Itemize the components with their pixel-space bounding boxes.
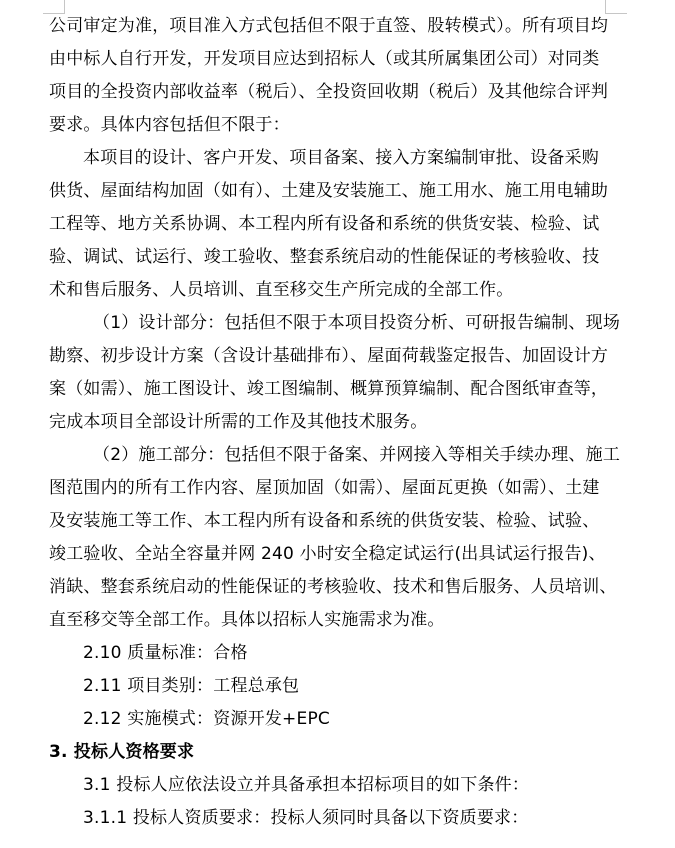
- paragraph-line: 直至移交等全部工作。具体以招标人实施需求为准。: [49, 604, 609, 637]
- paragraph-line: 及安装施工等工作、本工程内所有设备和系统的供货安装、检验、试验、: [49, 505, 609, 538]
- paragraph-line: 项目的全投资内部收益率（税后）、全投资回收期（税后）及其他综合评判: [49, 76, 609, 109]
- section-item-bidder-conditions: 3.1 投标人应依法设立并具备承担本招标项目的如下条件：: [49, 769, 609, 802]
- paragraph-line: （1）设计部分：包括但不限于本项目投资分析、可研报告编制、现场: [49, 307, 609, 340]
- paragraph-line: 案（如需）、施工图设计、竣工图编制、概算预算编制、配合图纸审查等，: [49, 373, 609, 406]
- section-item-project-category: 2.11 项目类别：工程总承包: [49, 670, 609, 703]
- paragraph-line: 图范围内的所有工作内容、屋顶加固（如需）、屋面瓦更换（如需）、土建: [49, 472, 609, 505]
- paragraph-line: 消缺、整套系统启动的性能保证的考核验收、技术和售后服务、人员培训、: [49, 571, 609, 604]
- paragraph-line: 竣工验收、全站全容量并网 240 小时安全稳定试运行(出具试运行报告)、: [49, 538, 609, 571]
- paragraph-line: 要求。具体内容包括但不限于：: [49, 109, 609, 142]
- paragraph-line: 术和售后服务、人员培训、直至移交生产所完成的全部工作。: [49, 274, 609, 307]
- paragraph-line: 由中标人自行开发，开发项目应达到招标人（或其所属集团公司）对同类: [49, 43, 609, 76]
- section-item-qualification-requirements: 3.1.1 投标人资质要求：投标人须同时具备以下资质要求：: [49, 802, 609, 835]
- paragraph-line: 完成本项目全部设计所需的工作及其他技术服务。: [49, 406, 609, 439]
- paragraph-line: 供货、屋面结构加固（如有）、土建及安装施工、施工用水、施工用电辅助: [49, 175, 609, 208]
- paragraph-line: 工程等、地方关系协调、本工程内所有设备和系统的供货安装、检验、试: [49, 208, 609, 241]
- paragraph-line: 公司审定为准，项目准入方式包括但不限于直签、股转模式）。所有项目均: [49, 10, 609, 43]
- paragraph-line: 勘察、初步设计方案（含设计基础排布）、屋面荷载鉴定报告、加固设计方: [49, 340, 609, 373]
- section-item-quality-standard: 2.10 质量标准：合格: [49, 637, 609, 670]
- paragraph-line: 验、调试、试运行、竣工验收、整套系统启动的性能保证的考核验收、技: [49, 241, 609, 274]
- document-page: 公司审定为准，项目准入方式包括但不限于直签、股转模式）。所有项目均 由中标人自行…: [49, 10, 609, 835]
- section-heading: 3. 投标人资格要求: [49, 736, 609, 769]
- paragraph-line: （2）施工部分：包括但不限于备案、并网接入等相关手续办理、施工: [49, 439, 609, 472]
- paragraph-line: 本项目的设计、客户开发、项目备案、接入方案编制审批、设备采购: [49, 142, 609, 175]
- section-item-implementation-mode: 2.12 实施模式：资源开发+EPC: [49, 703, 609, 736]
